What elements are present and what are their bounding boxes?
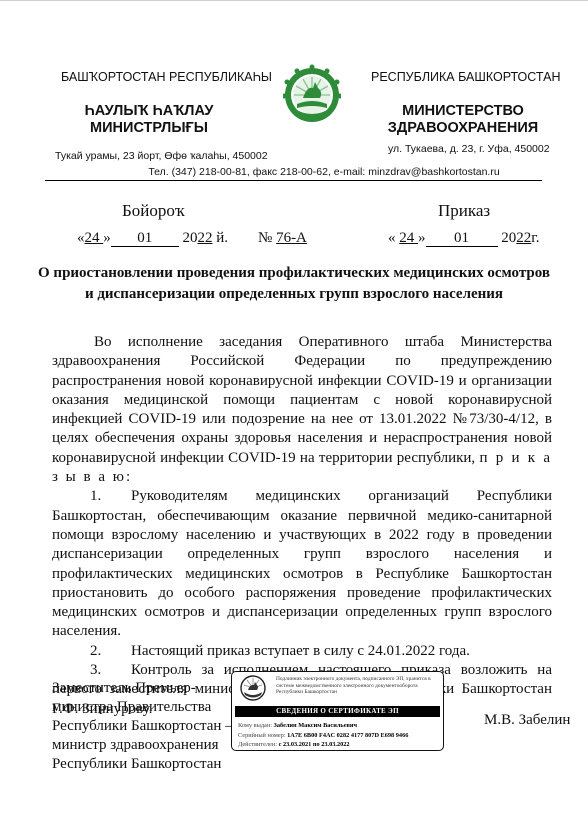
coat-of-arms-icon: [283, 64, 341, 130]
subject-line-2: и диспансеризации определенных групп взр…: [0, 284, 588, 305]
position-line: министра Правительства: [52, 698, 233, 717]
header-left-ministry-line2: МИНИСТРЛЫҒЫ: [74, 120, 224, 137]
page-top-border: [0, 0, 588, 1]
header-right-ministry: МИНИСТЕРСТВО ЗДРАВООХРАНЕНИЯ: [383, 103, 543, 137]
header-right-republic: РЕСПУБЛИКА БАШКОРТОСТАН: [371, 70, 560, 84]
date-month: 01: [426, 230, 498, 247]
stamp-issued-to: Кому выдан: Забелин Максим Васильевич: [238, 722, 357, 729]
header-contacts: Тел. (347) 218-00-81, факс 218-00-62, e-…: [0, 166, 588, 178]
item-text: Настоящий приказ вступает в силу с 24.01…: [131, 643, 470, 659]
date-year-prefix: 20: [183, 230, 198, 246]
date-year-unit: г.: [531, 230, 539, 246]
e-signature-certificate-stamp: Подлинник электронного документа, подпис…: [231, 671, 444, 751]
quote-open: «: [77, 230, 85, 246]
signatory-name: М.В. Забелин: [484, 712, 570, 729]
order-item-1: 1.Руководителям медицинских организаций …: [52, 487, 552, 641]
stamp-serial: Серийный номер: 1A7E 6B00 F4AC 0282 4177…: [238, 732, 408, 739]
stamp-emblem-icon: [239, 675, 267, 701]
header-left-address: Тукай урамы, 23 йорт, Өфө ҡалаһы, 450002: [55, 150, 268, 162]
number-sign: №: [258, 230, 276, 246]
header-right-ministry-line1: МИНИСТЕРСТВО: [383, 103, 543, 120]
order-item-2: 2.Настоящий приказ вступает в силу с 24.…: [52, 642, 552, 661]
doc-type-russian: Приказ: [438, 201, 490, 221]
header-left-republic: БАШҠОРТОСТАН РЕСПУБЛИКАҺЫ: [61, 70, 272, 84]
date-day: 24: [85, 230, 104, 246]
order-number: № 76-А: [258, 230, 307, 247]
date-year-unit: й.: [213, 230, 229, 246]
order-subject: О приостановлении проведения профилактич…: [0, 263, 588, 305]
preamble-text: Во исполнение заседания Оперативного шта…: [52, 334, 552, 466]
position-line: министр здравоохранения: [52, 736, 233, 755]
preamble-paragraph: Во исполнение заседания Оперативного шта…: [52, 333, 552, 487]
position-line: Заместитель Премьер-: [52, 679, 233, 698]
date-month: 01: [111, 230, 179, 247]
position-line: Республики Башкортостан –: [52, 717, 233, 736]
date-year-suffix: 22: [516, 230, 531, 246]
header-right-ministry-line2: ЗДРАВООХРАНЕНИЯ: [383, 120, 543, 137]
date-year-suffix: 22: [198, 230, 213, 246]
signatory-position: Заместитель Премьер- министра Правительс…: [52, 679, 233, 774]
order-date-left: «24 »01 2022 й.: [77, 230, 228, 247]
quote-close: »: [103, 230, 111, 246]
header-divider: [45, 180, 542, 181]
serial-label: Серийный номер:: [238, 732, 287, 739]
item-text: Руководителям медицинских организаций Ре…: [52, 488, 552, 639]
issued-to-value: Забелин Максим Васильевич: [274, 722, 358, 729]
header-right-address: ул. Тукаева, д. 23, г. Уфа, 450002: [388, 143, 550, 155]
item-number: 1.: [90, 487, 131, 506]
number-value: 76-А: [276, 230, 307, 246]
serial-value: 1A7E 6B00 F4AC 0282 4177 807D E698 9466: [287, 732, 408, 739]
order-date-right: « 24 »01 2022г.: [388, 230, 539, 247]
quote-close: »: [418, 230, 426, 246]
doc-type-bashkir: Бойороҡ: [122, 201, 185, 221]
header-left-ministry-line1: ҺАУЛЫҠ ҺАҠЛАУ: [74, 103, 224, 120]
stamp-note: Подлинник электронного документа, подпис…: [276, 676, 441, 696]
stamp-title: СВЕДЕНИЯ О СЕРТИФИКАТЕ ЭП: [235, 706, 440, 717]
date-day: 24: [399, 230, 418, 246]
position-line: Республики Башкортостан: [52, 755, 233, 774]
header-left-ministry: ҺАУЛЫҠ ҺАҠЛАУ МИНИСТРЛЫҒЫ: [74, 103, 224, 137]
validity-label: Действителен:: [238, 741, 279, 748]
issued-to-label: Кому выдан:: [238, 722, 274, 729]
validity-value: с 23.03.2021 по 23.03.2022: [279, 741, 350, 748]
item-number: 3.: [90, 661, 131, 680]
order-body: Во исполнение заседания Оперативного шта…: [52, 333, 552, 719]
date-year-prefix: 20: [501, 230, 516, 246]
subject-line-1: О приостановлении проведения профилактич…: [0, 263, 588, 284]
quote-open: «: [388, 230, 399, 246]
stamp-validity: Действителен: с 23.03.2021 по 23.03.2022: [238, 741, 350, 748]
item-number: 2.: [90, 642, 131, 661]
